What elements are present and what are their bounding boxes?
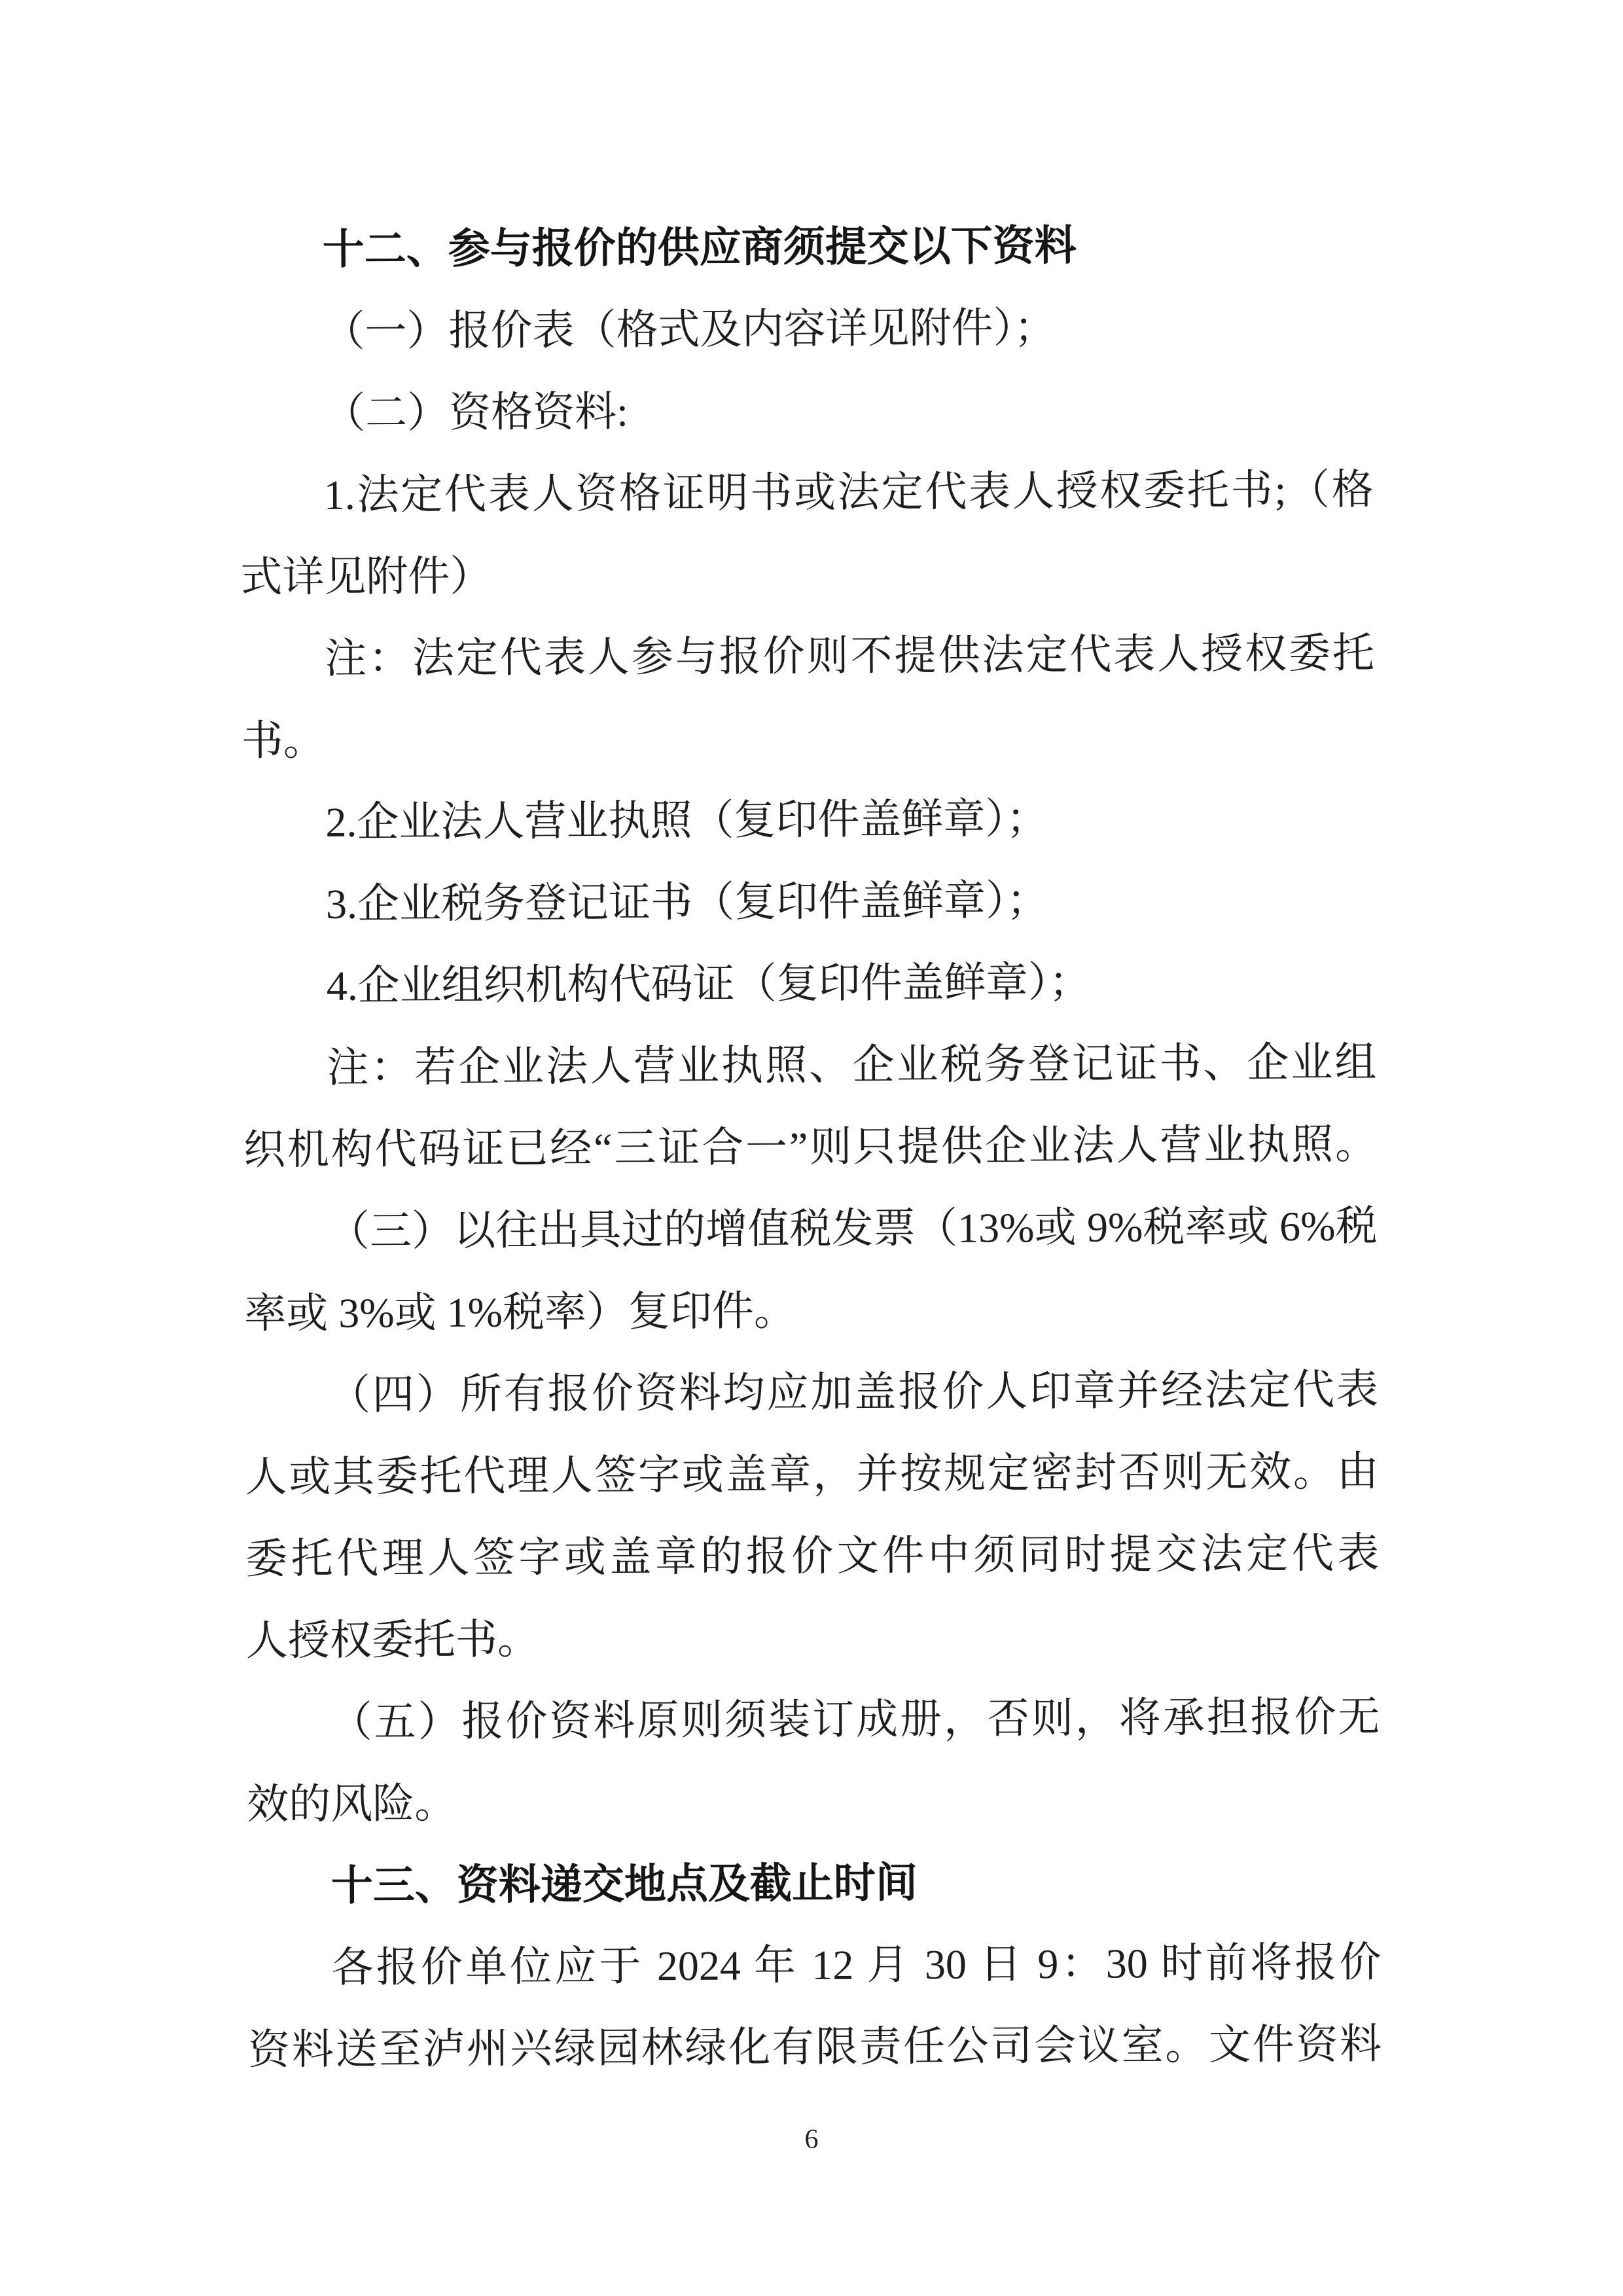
heading-section-13: 十三、资料递交地点及截止时间 [247,1839,1382,1927]
note-three-in-one-line-2: 织机构代码证已经“三证合一”则只提供企业法人营业执照。 [243,1103,1378,1191]
para-deadline-line-2: 资料送至泸州兴绿园林绿化有限责任公司会议室。文件资料 [248,2003,1382,2090]
item-4-seal-line-1: （四）所有报价资料均应加盖报价人印章并经法定代表 [245,1348,1379,1436]
item-5-binding-line-1: （五）报价资料原则须装订成册，否则，将承担报价无 [246,1676,1380,1763]
document-body: 十二、参与报价的供应商须提交以下资料 （一）报价表（格式及内容详见附件）； （二… [238,203,1382,2090]
para-deadline-line-1: 各报价单位应于 2024 年 12 月 30 日 9：30 时前将报价 [247,1921,1382,2009]
item-4-seal-line-4: 人授权委托书。 [246,1594,1380,1681]
note-three-in-one-line-1: 注：若企业法人营业执照、企业税务登记证书、企业组 [243,1021,1377,1109]
item-2-4-org-code: 4.企业组织机构代码证（复印件盖鲜章）； [242,939,1376,1027]
item-4-seal-line-3: 委托代理人签字或盖章的报价文件中须同时提交法定代表 [245,1512,1380,1600]
note-legal-rep-line-1: 注：法定代表人参与报价则不提供法定代表人授权委托 [241,612,1375,700]
page-number: 6 [0,2124,1623,2155]
item-1-quotation-table: （一）报价表（格式及内容详见附件）； [239,285,1373,372]
item-2-1-line-1: 1.法定代表人资格证明书或法定代表人授权委托书;（格 [240,448,1374,536]
note-legal-rep-line-2: 书。 [241,694,1375,781]
document-page: 十二、参与报价的供应商须提交以下资料 （一）报价表（格式及内容详见附件）； （二… [0,0,1623,2296]
item-3-invoice-line-2: 率或 3%或 1%税率）复印件。 [244,1266,1378,1354]
item-5-binding-line-2: 效的风险。 [247,1757,1381,1845]
item-2-qualification: （二）资格资料: [240,367,1374,454]
item-4-seal-line-2: 人或其委托代理人签字或盖章，并按规定密封否则无效。由 [245,1430,1379,1518]
item-2-1-line-2: 式详见附件） [240,530,1374,618]
item-2-2-business-license: 2.企业法人营业执照（复印件盖鲜章）； [241,776,1376,863]
item-2-3-tax-certificate: 3.企业税务登记证书（复印件盖鲜章）； [242,857,1376,945]
heading-section-12: 十二、参与报价的供应商须提交以下资料 [238,203,1372,291]
item-3-invoice-line-1: （三）以往出具过的增值税发票（13%或 9%税率或 6%税 [243,1185,1378,1272]
